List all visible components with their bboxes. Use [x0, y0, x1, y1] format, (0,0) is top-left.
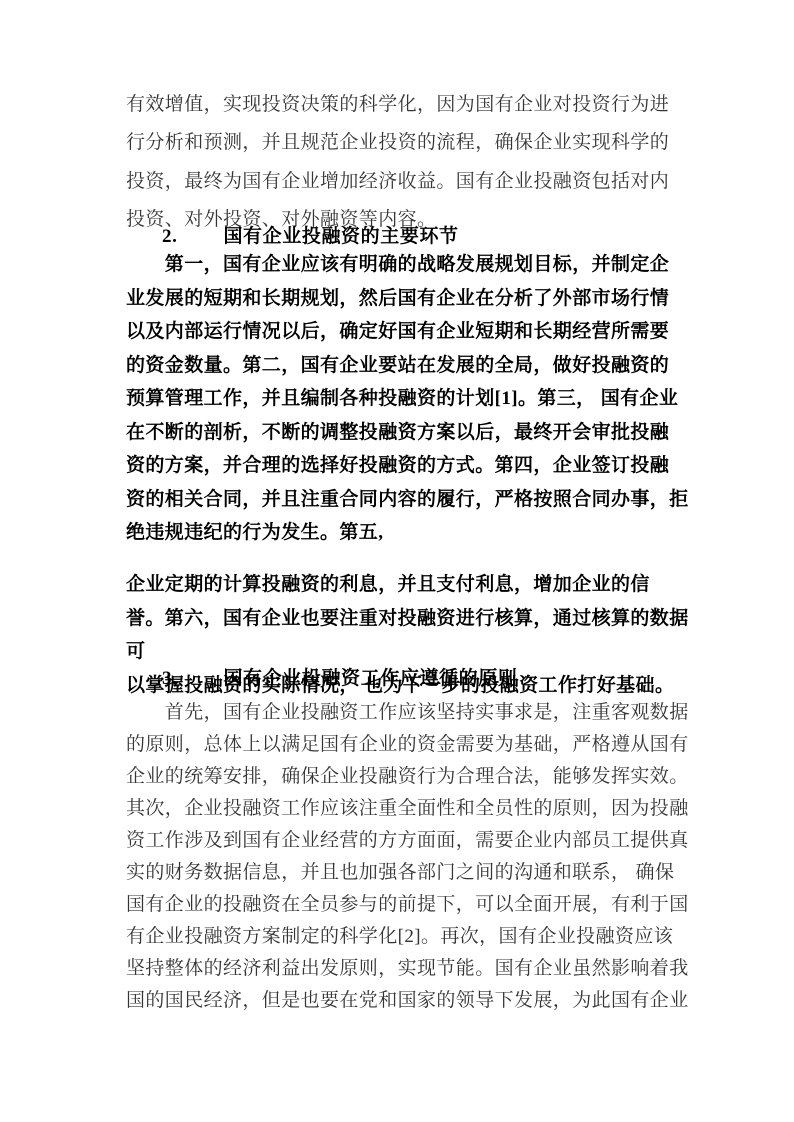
section-heading-3: 3. 国有企业投融资工作应遵循的原则	[126, 666, 692, 692]
section-heading-title: 国有企业投融资工作应遵循的原则	[223, 666, 517, 692]
paragraph-continuation: 有效增值，实现投资决策的科学化，因为国有企业对投资行为进 行分析和预测，并且规范…	[126, 86, 692, 239]
section-heading-number: 2.	[162, 224, 177, 250]
paragraph-principles: 首先，国有企业投融资工作应该坚持实事求是，注重客观数据 的原则，总体上以满足国有…	[126, 697, 692, 1017]
document-page: 有效增值，实现投资决策的科学化，因为国有企业对投资行为进 行分析和预测，并且规范…	[0, 0, 794, 1122]
section-heading-2: 2. 国有企业投融资的主要环节	[126, 224, 692, 250]
paragraph-main-steps: 第一，国有企业应该有明确的战略发展规划目标，并制定企 业发展的短期和长期规划，然…	[126, 248, 692, 550]
section-heading-title: 国有企业投融资的主要环节	[223, 224, 458, 250]
section-heading-number: 3.	[162, 666, 177, 692]
